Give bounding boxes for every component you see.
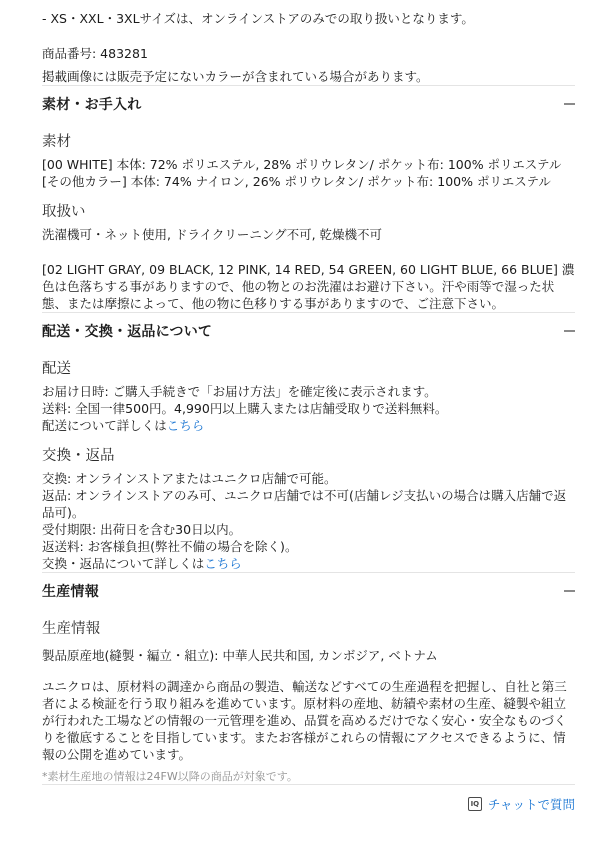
size-availability-note: - XS・XXL・3XLサイズは、オンラインストアのみでの取り扱いとなります。 bbox=[42, 10, 575, 27]
returns-info-block: 交換: オンラインストアまたはユニクロ店舗で可能。 返品: オンラインストアのみ… bbox=[42, 470, 575, 572]
material-origin-footnote: *素材生産地の情報は24FW以降の商品が対象です。 bbox=[42, 769, 575, 784]
returns-more-line: 交換・返品について詳しくはこちら bbox=[42, 555, 575, 572]
product-origin-text: 製品原産地(縫製・編立・組立): 中華人民共和国, カンボジア, ベトナム bbox=[42, 647, 575, 664]
care-instructions-text: 洗濯機可・ネット使用, ドライクリーニング不可, 乾燥機不可 bbox=[42, 226, 575, 243]
delivery-more-line: 配送について詳しくはこちら bbox=[42, 417, 575, 434]
collapse-shipping-section-button[interactable] bbox=[564, 326, 575, 336]
minus-icon bbox=[564, 330, 575, 332]
delivery-link-prefix: 配送について詳しくは bbox=[42, 418, 167, 433]
material-care-section-header[interactable]: 素材・お手入れ bbox=[42, 94, 575, 114]
material-heading: 素材 bbox=[42, 132, 575, 152]
production-description-text: ユニクロは、原材料の調達から商品の製造、輸送などすべての生産過程を把握し、自社と… bbox=[42, 678, 575, 763]
section-divider bbox=[42, 85, 575, 86]
care-heading: 取扱い bbox=[42, 202, 575, 222]
delivery-fee-line: 送料: 全国一律500円。4,990円以上購入または店舗受取りで送料無料。 bbox=[42, 400, 575, 417]
chat-question-link[interactable]: IQ チャットで質問 bbox=[468, 795, 575, 813]
returns-details-link[interactable]: こちら bbox=[204, 556, 242, 571]
chat-question-label: チャットで質問 bbox=[488, 795, 575, 813]
shipping-returns-section-title: 配送・交換・返品について bbox=[42, 321, 212, 341]
collapse-material-section-button[interactable] bbox=[564, 99, 575, 109]
image-disclaimer-note: 掲載画像には販売予定にないカラーが含まれている場合があります。 bbox=[42, 68, 575, 85]
production-section-header[interactable]: 生産情報 bbox=[42, 581, 575, 601]
shipping-returns-section-header[interactable]: 配送・交換・返品について bbox=[42, 321, 575, 341]
delivery-info-block: お届け日時: ご購入手続きで「お届け方法」を確定後に表示されます。 送料: 全国… bbox=[42, 383, 575, 434]
return-line: 返品: オンラインストアのみ可、ユニクロ店舗では不可(店舗レジ支払いの場合は購入… bbox=[42, 487, 575, 521]
minus-icon bbox=[564, 103, 575, 105]
minus-icon bbox=[564, 590, 575, 592]
material-care-section-title: 素材・お手入れ bbox=[42, 94, 141, 114]
section-divider bbox=[42, 312, 575, 313]
returns-heading: 交換・返品 bbox=[42, 446, 575, 466]
delivery-time-line: お届け日時: ご購入手続きで「お届け方法」を確定後に表示されます。 bbox=[42, 383, 575, 400]
material-composition-text: [00 WHITE] 本体: 72% ポリエステル, 28% ポリウレタン/ ポ… bbox=[42, 156, 575, 190]
section-divider bbox=[42, 572, 575, 573]
section-divider bbox=[42, 784, 575, 785]
product-number: 商品番号: 483281 bbox=[42, 45, 575, 62]
return-deadline-line: 受付期限: 出荷日を含む30日以内。 bbox=[42, 521, 575, 538]
chat-row: IQ チャットで質問 bbox=[42, 795, 575, 813]
delivery-details-link[interactable]: こちら bbox=[167, 418, 205, 433]
delivery-heading: 配送 bbox=[42, 359, 575, 379]
return-fee-line: 返送料: お客様負担(弊社不備の場合を除く)。 bbox=[42, 538, 575, 555]
exchange-line: 交換: オンラインストアまたはユニクロ店舗で可能。 bbox=[42, 470, 575, 487]
production-heading: 生産情報 bbox=[42, 619, 575, 639]
color-fastness-note: [02 LIGHT GRAY, 09 BLACK, 12 PINK, 14 RE… bbox=[42, 261, 575, 312]
production-section-title: 生産情報 bbox=[42, 581, 99, 601]
product-detail-panel: - XS・XXL・3XLサイズは、オンラインストアのみでの取り扱いとなります。 … bbox=[0, 0, 600, 813]
collapse-production-section-button[interactable] bbox=[564, 586, 575, 596]
chat-iq-icon: IQ bbox=[468, 797, 482, 811]
returns-link-prefix: 交換・返品について詳しくは bbox=[42, 556, 204, 571]
